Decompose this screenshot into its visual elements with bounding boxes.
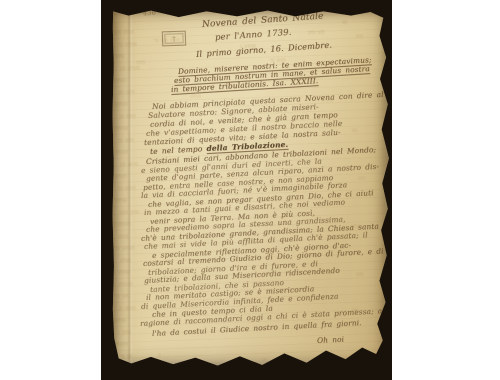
stamp-mark-icon: † (172, 34, 176, 42)
showthrough-mark: ıwm (114, 77, 127, 84)
showthrough-mark: nvm ı (114, 221, 131, 229)
showthrough-mark: ıvm (120, 257, 131, 264)
photo-background: 436 † Novena del Santo Nataleper l'Anno … (101, 0, 392, 380)
showthrough-mark: ınv mv (119, 209, 139, 217)
showthrough-mark: ınv (115, 53, 124, 60)
showthrough-mark: nv ır (115, 293, 129, 300)
showthrough-mark: ıvm nv (114, 29, 134, 37)
showthrough-mark: ıv (342, 19, 348, 26)
closing-phrase: Oh noi (317, 335, 344, 345)
title-line: Novena del Santo Natale (202, 12, 324, 30)
showthrough-mark: ıv ır (120, 353, 132, 360)
showthrough-mark: wnv ı (114, 269, 130, 277)
showthrough-mark: ınv (136, 59, 145, 66)
showthrough-mark: nv (356, 271, 364, 278)
showthrough-mark: nv (358, 175, 366, 182)
showthrough-mark: ı. (157, 352, 161, 359)
showthrough-mark: nvı m (118, 89, 135, 97)
showthrough-mark: ınvm (118, 281, 133, 289)
showthrough-mark: ınv ı (118, 329, 131, 336)
showthrough-mark: mnv (114, 173, 127, 180)
showthrough-mark: ıvw (118, 233, 129, 240)
showthrough-mark: wnv ır (118, 41, 137, 49)
showthrough-mark: ıv (262, 357, 268, 364)
date-line: per l'Anno 1739. (215, 28, 292, 43)
manuscript-page: 436 † Novena del Santo Nataleper l'Anno … (112, 7, 390, 367)
showthrough-mark: wvm (114, 125, 128, 132)
folio-number: 436 (143, 9, 157, 18)
showthrough-mark: mn ıv (119, 113, 136, 121)
showthrough-mark: ıvw nı (120, 161, 138, 169)
showthrough-mark: ıvm n (119, 305, 136, 313)
showthrough-mark: wnv (115, 197, 128, 204)
showthrough-mark: ınv ır (118, 137, 134, 145)
showthrough-mark: nv ım (308, 29, 325, 37)
showthrough-mark: ıv (352, 127, 358, 134)
showthrough-mark: ıvm ır (118, 185, 136, 193)
showthrough-mark: ıvnv (115, 101, 128, 108)
library-stamp: † (162, 31, 187, 47)
showthrough-mark: wnv (114, 317, 127, 324)
showthrough-mark: nvm (115, 149, 128, 156)
showthrough-mark: mvn (115, 341, 128, 348)
showthrough-mark: mnv ır (115, 245, 135, 253)
showthrough-mark: nv (356, 33, 364, 40)
